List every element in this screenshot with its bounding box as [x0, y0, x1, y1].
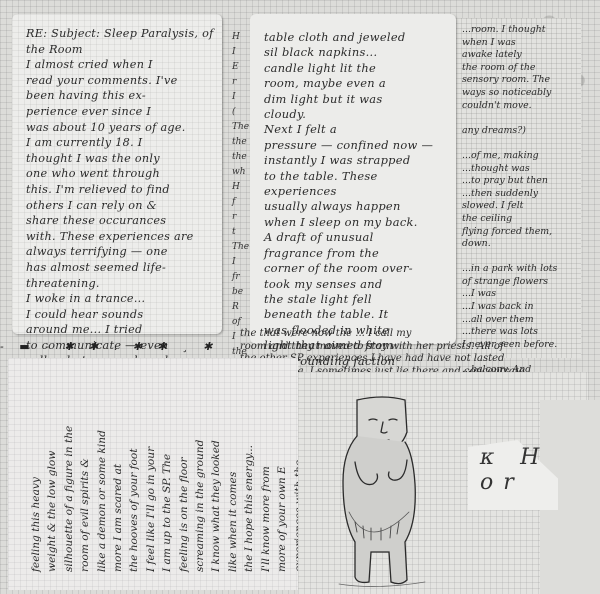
middle-handwritten-page: table cloth and jeweled sil black napkin…: [250, 14, 456, 344]
right-handwritten-page: ...room. I thought when I was awake late…: [456, 18, 581, 358]
left-handwritten-letter: RE: Subject: Sleep Paralysis, of the Roo…: [12, 14, 222, 334]
creature-sketch-icon: [335, 392, 435, 592]
rotated-page-text: feeling this heavy weight & the low glow…: [28, 362, 307, 572]
margin-notes: H I E r I ( The the the wh H f r t The I…: [232, 30, 250, 350]
scrap-letters: ᴋ H or: [480, 445, 600, 495]
bottom-line: the that were now the ... I call my: [240, 328, 580, 341]
rotated-handwritten-page: feeling this heavy weight & the low glow…: [8, 358, 298, 590]
bottom-line: room and they moved to stay with her pri…: [240, 341, 580, 354]
scribble-marks-row: - ▬ - ✱ ✱ . ✱ ✱ ¸ ✱: [0, 340, 240, 360]
letter-heading: RE: Subject: Sleep Paralysis, of the Roo…: [26, 26, 218, 57]
